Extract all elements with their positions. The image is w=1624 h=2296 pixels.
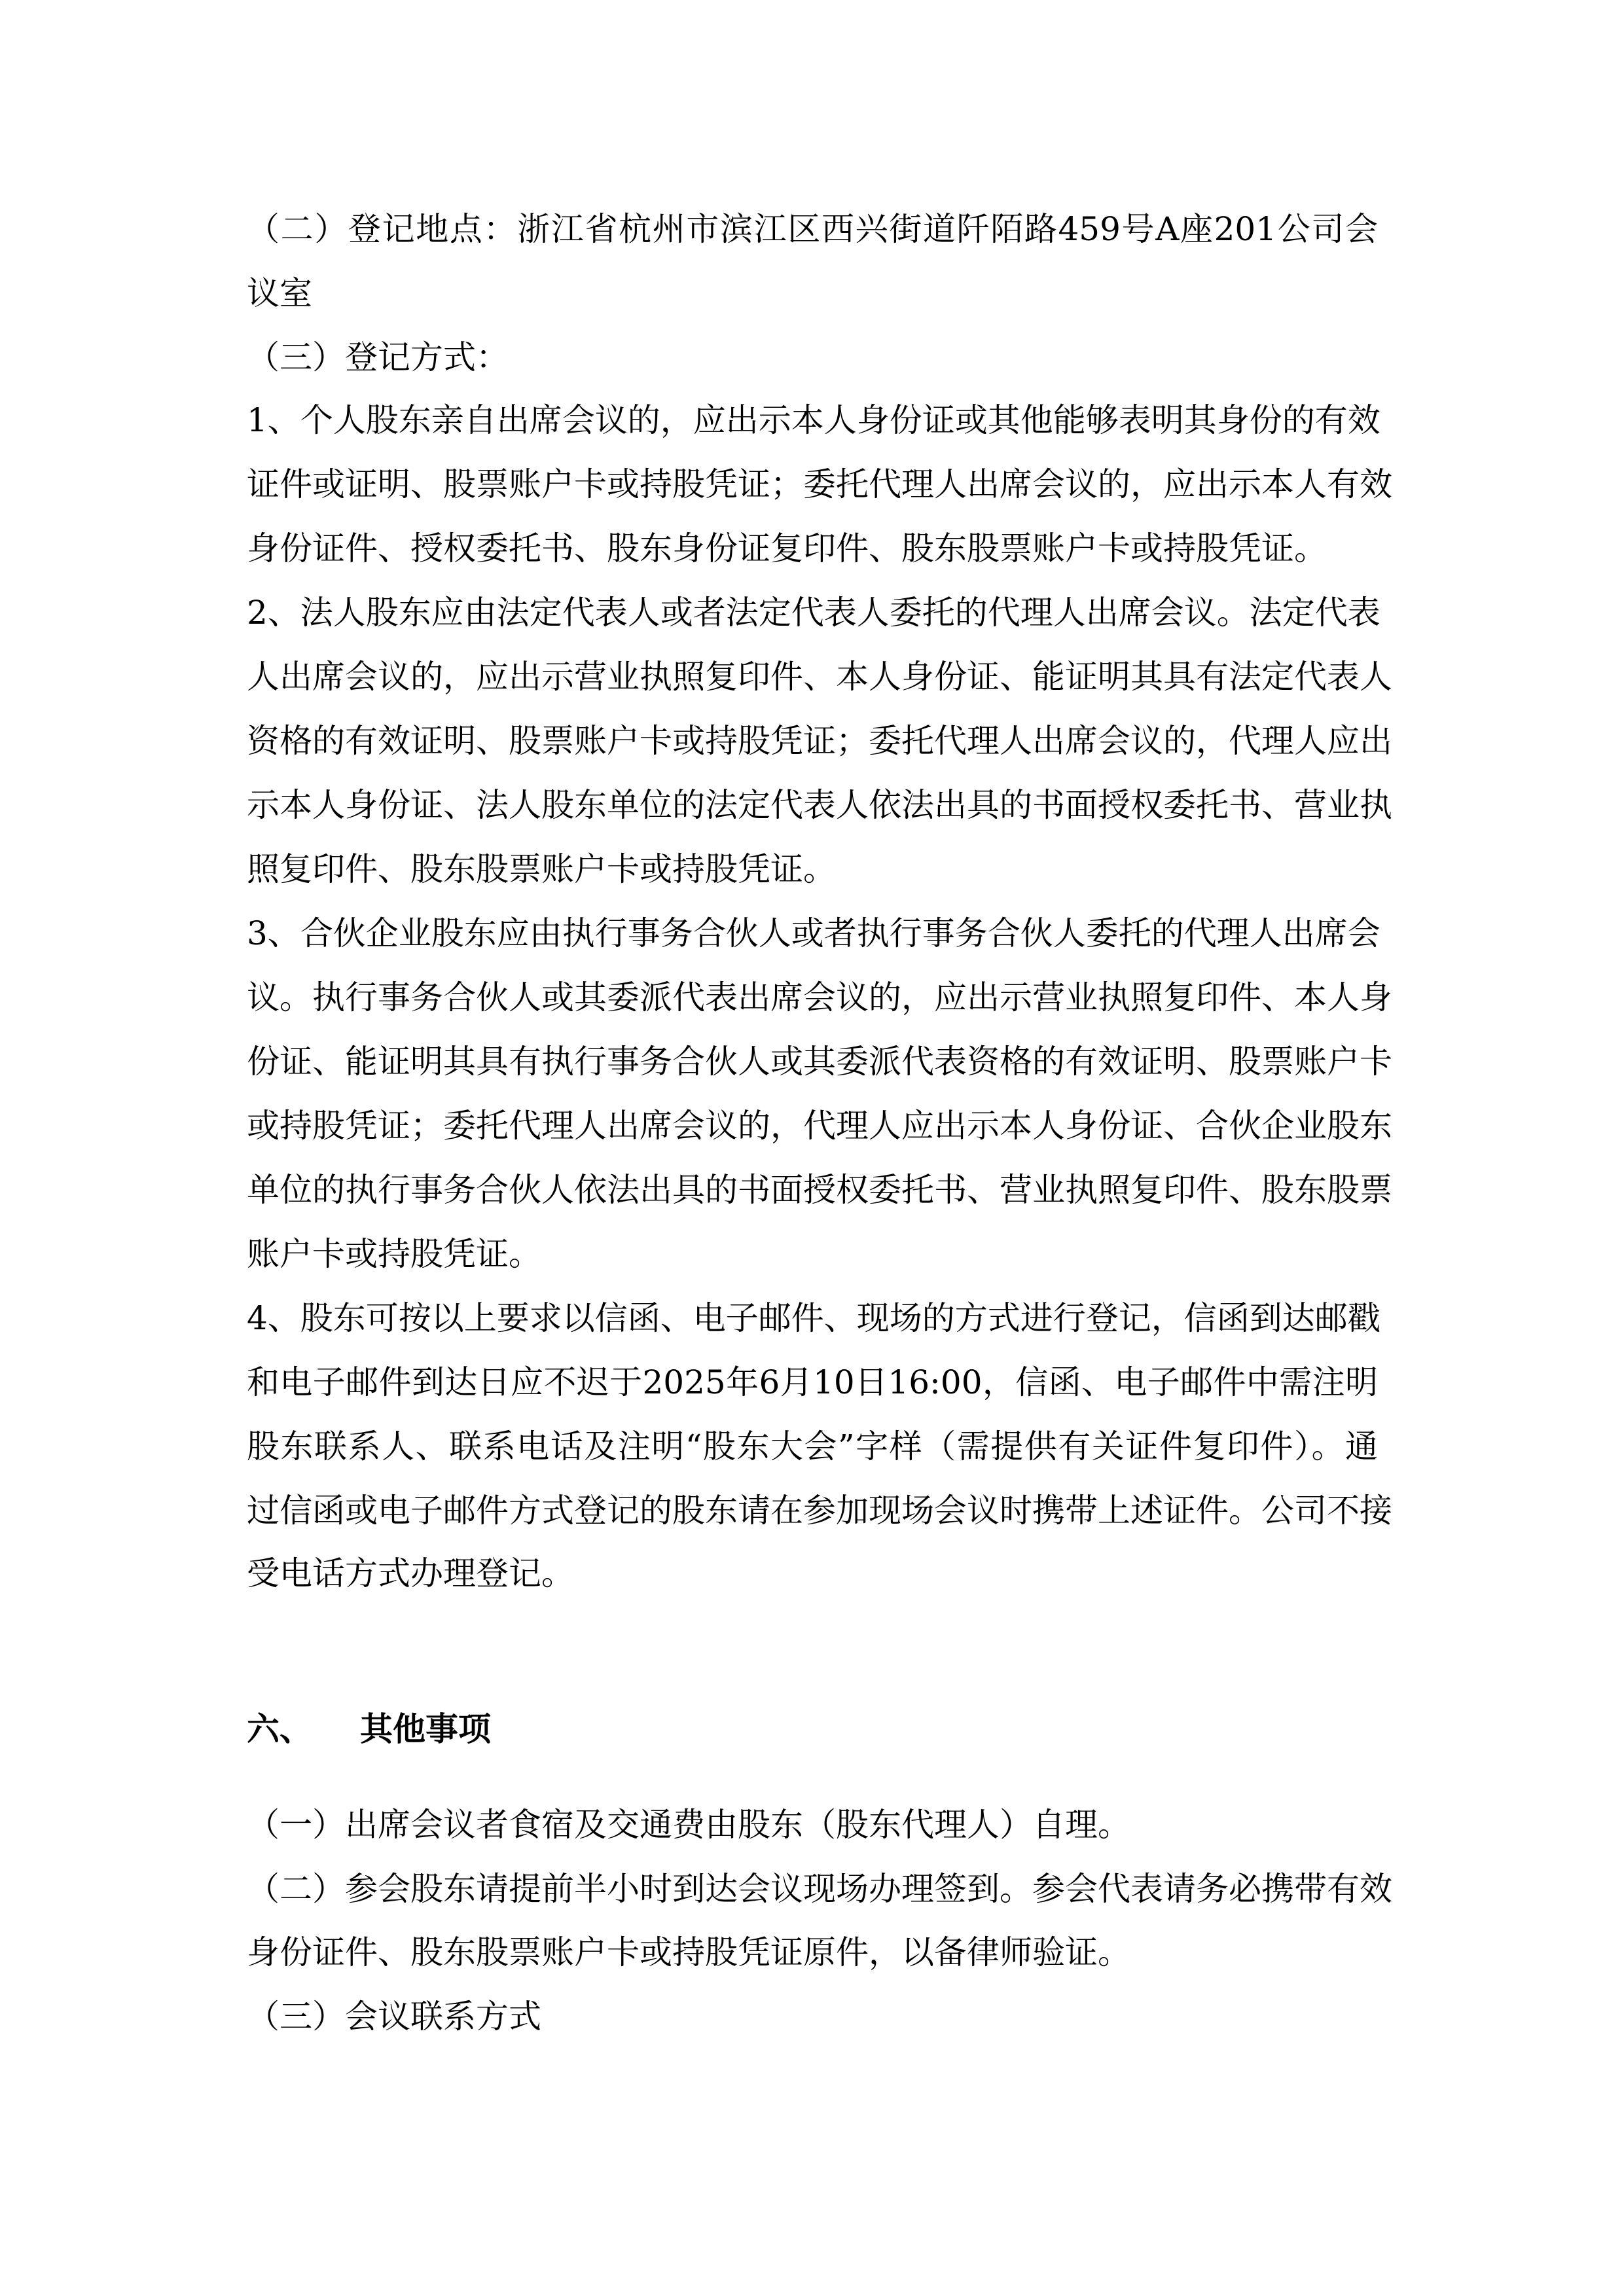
text-line: 资格的有效证明、股票账户卡或持股凭证；委托代理人出席会议的，代理人应出	[247, 709, 1378, 773]
section-heading-other-matters: 六、其他事项	[247, 1697, 491, 1761]
subheading-line: （三）登记方式：	[247, 325, 1378, 389]
text-line: 照复印件、股东股票账户卡或持股凭证。	[247, 837, 1378, 901]
text-line: （一）出席会议者食宿及交通费由股东（股东代理人）自理。	[247, 1793, 1378, 1857]
text-line: 单位的执行事务合伙人依法出具的书面授权委托书、营业执照复印件、股东股票	[247, 1158, 1378, 1222]
text-line: 示本人身份证、法人股东单位的法定代表人依法出具的书面授权委托书、营业执	[247, 773, 1378, 837]
text-line: 受电话方式办理登记。	[247, 1541, 1378, 1605]
text-line: 议。执行事务合伙人或其委派代表出席会议的，应出示营业执照复印件、本人身	[247, 965, 1378, 1030]
text-line: 身份证件、授权委托书、股东身份证复印件、股东股票账户卡或持股凭证。	[247, 516, 1378, 581]
text-line: 人出席会议的，应出示营业执照复印件、本人身份证、能证明其具有法定代表人	[247, 645, 1378, 709]
section-title: 其他事项	[360, 1710, 491, 1748]
text-line: 股东联系人、联系电话及注明“股东大会”字样（需提供有关证件复印件）。通	[247, 1414, 1378, 1479]
text-line: 份证、能证明其具有执行事务合伙人或其委派代表资格的有效证明、股票账户卡	[247, 1030, 1378, 1094]
text-line: 账户卡或持股凭证。	[247, 1222, 1378, 1286]
text-line: 4、股东可按以上要求以信函、电子邮件、现场的方式进行登记，信函到达邮戳	[247, 1286, 1378, 1350]
text-line: 议室	[247, 261, 1378, 325]
text-line: （二）登记地点：浙江省杭州市滨江区西兴街道阡陌路459号A座201公司会	[247, 197, 1378, 261]
text-line: 证件或证明、股票账户卡或持股凭证；委托代理人出席会议的，应出示本人有效	[247, 452, 1378, 516]
text-line: 过信函或电子邮件方式登记的股东请在参加现场会议时携带上述证件。公司不接	[247, 1479, 1378, 1543]
text-line: 1、个人股东亲自出席会议的，应出示本人身份证或其他能够表明其身份的有效	[247, 388, 1378, 452]
text-line: 2、法人股东应由法定代表人或者法定代表人委托的代理人出席会议。法定代表	[247, 581, 1378, 645]
section-number: 六、	[247, 1697, 360, 1761]
text-line: 和电子邮件到达日应不迟于2025年6月10日16:00，信函、电子邮件中需注明	[247, 1350, 1378, 1414]
document-page: （二）登记地点：浙江省杭州市滨江区西兴街道阡陌路459号A座201公司会 议室 …	[0, 0, 1624, 2296]
text-line: （二）参会股东请提前半小时到达会议现场办理签到。参会代表请务必携带有效	[247, 1857, 1378, 1921]
text-line: 3、合伙企业股东应由执行事务合伙人或者执行事务合伙人委托的代理人出席会	[247, 901, 1378, 965]
text-line: 或持股凭证；委托代理人出席会议的，代理人应出示本人身份证、合伙企业股东	[247, 1094, 1378, 1158]
text-line: 身份证件、股东股票账户卡或持股凭证原件，以备律师验证。	[247, 1920, 1378, 1984]
subheading-line: （三）会议联系方式	[247, 1984, 1378, 2049]
